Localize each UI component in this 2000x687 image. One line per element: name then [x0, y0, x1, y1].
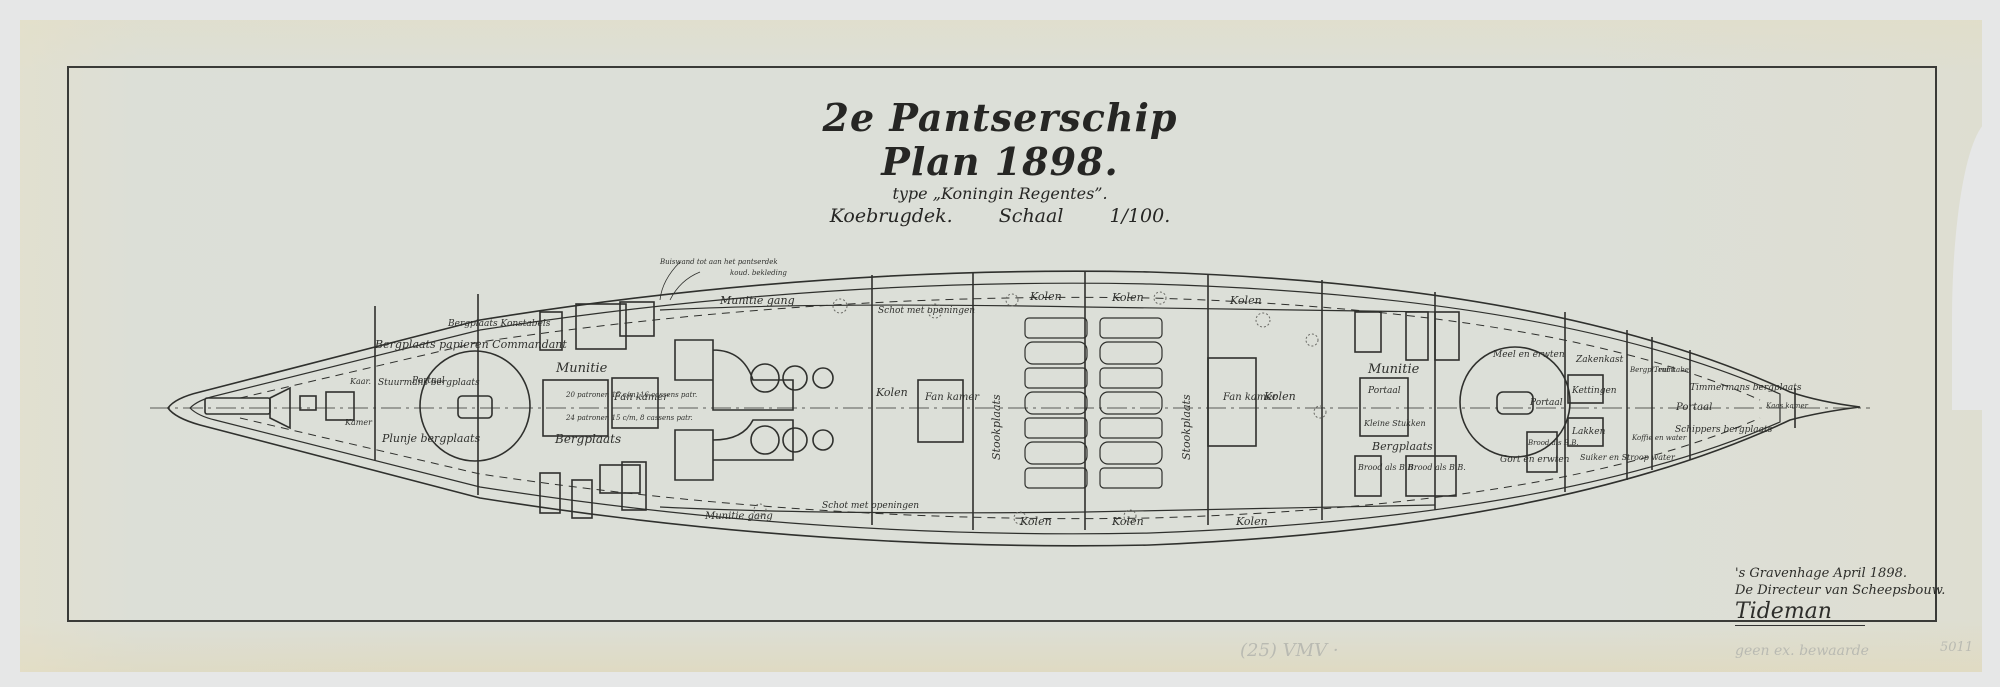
- label-kamer: Kamer: [344, 418, 373, 427]
- label-kolen-2: Kolen: [1111, 291, 1144, 304]
- label-bergplaats-commandant: Bergplaats papieren Commandant: [374, 338, 567, 351]
- ship-deck-plan: Bergplaats papieren Commandant Bergplaat…: [0, 0, 2000, 687]
- label-fankamer-fwd: Fan kamer: [924, 392, 980, 403]
- label-kolen-6: Kolen: [1235, 515, 1268, 528]
- label-granaten-2: 24 patronen 15 c/m, 8 cassens patr.: [565, 414, 693, 422]
- label-timmermans: Timmermans bergplaats: [1690, 383, 1802, 393]
- label-kleine-stukken: Kleine Stukken: [1363, 419, 1426, 428]
- label-meel: Meel en erwten: [1492, 350, 1565, 360]
- label-koffie: Koffie en water: [1631, 434, 1687, 442]
- label-brood-3: Brood als B.B.: [1527, 439, 1579, 447]
- label-kolen-5: Kolen: [1111, 515, 1144, 528]
- label-kolen-mid-fwd: Kolen: [875, 386, 908, 399]
- label-brood-2: Brood als B.B.: [1407, 463, 1466, 472]
- label-gort: Gort en erwten: [1500, 455, 1570, 465]
- annotation-top-line2: koud. bekleding: [730, 269, 787, 277]
- label-schot-bottom: Schot met openingen: [822, 501, 919, 511]
- label-stookplaats-2: Stookplaats: [1180, 394, 1193, 460]
- signature-block: 's Gravenhage April 1898. De Directeur v…: [1735, 565, 1945, 626]
- label-plunje: Plunje bergplaats: [381, 432, 480, 445]
- label-fankamer-aft: Fan kamer: [1222, 392, 1278, 403]
- archive-mark-right: geen ex. bewaarde: [1735, 643, 1869, 659]
- label-munitie-fwd: Munitie: [555, 361, 608, 376]
- label-suiker: Suiker en Stroop water: [1580, 453, 1676, 462]
- hull-outline: [150, 271, 1870, 546]
- label-bergplaats-aft: Bergplaats: [1371, 440, 1433, 453]
- label-kolen-4: Kolen: [1019, 515, 1052, 528]
- label-schippers: Schippers bergplaats: [1675, 425, 1773, 435]
- label-munitie-gang-top: Munitie gang: [719, 294, 795, 307]
- label-tent: Tent kabel: [1654, 366, 1691, 374]
- label-schot-top: Schot met openingen: [878, 306, 975, 316]
- label-munitie-aft: Munitie: [1367, 362, 1420, 377]
- label-stookplaats-1: Stookplaats: [990, 394, 1003, 460]
- label-portaal-fwd: Portaal: [411, 376, 445, 386]
- label-bergplaats-konstabels: Bergplaats Konstabels: [447, 319, 551, 329]
- label-lakken: Lakken: [1571, 427, 1606, 437]
- label-kolen-1: Kolen: [1029, 290, 1062, 303]
- label-portaal-aft2: Portaal: [1529, 398, 1563, 408]
- label-kaas: Kaas kamer: [1765, 402, 1809, 410]
- label-portaal-stern: Portaal: [1675, 402, 1712, 413]
- label-brood-1: Brood als B.B.: [1357, 463, 1416, 472]
- label-munitie-gang-bottom: Munitie gang: [704, 511, 773, 522]
- signature-name: Tideman: [1735, 603, 1865, 626]
- archive-mark-number: 5011: [1940, 640, 1973, 655]
- label-kolen-3: Kolen: [1229, 294, 1262, 307]
- label-kamer-fwd: Fan kamer: [613, 392, 669, 403]
- label-bergplaats-fwd: Bergplaats: [554, 432, 621, 446]
- archive-mark-left: (25) VMV ·: [1240, 640, 1339, 661]
- label-kettingen: Kettingen: [1571, 386, 1617, 396]
- label-kaar: Kaar.: [349, 377, 371, 386]
- label-zakenkast: Zakenkast: [1575, 355, 1624, 365]
- signature-role: De Directeur van Scheepsbouw.: [1735, 582, 1945, 599]
- label-portaal-aft: Portaal: [1367, 386, 1401, 396]
- signature-place-date: 's Gravenhage April 1898.: [1735, 565, 1945, 582]
